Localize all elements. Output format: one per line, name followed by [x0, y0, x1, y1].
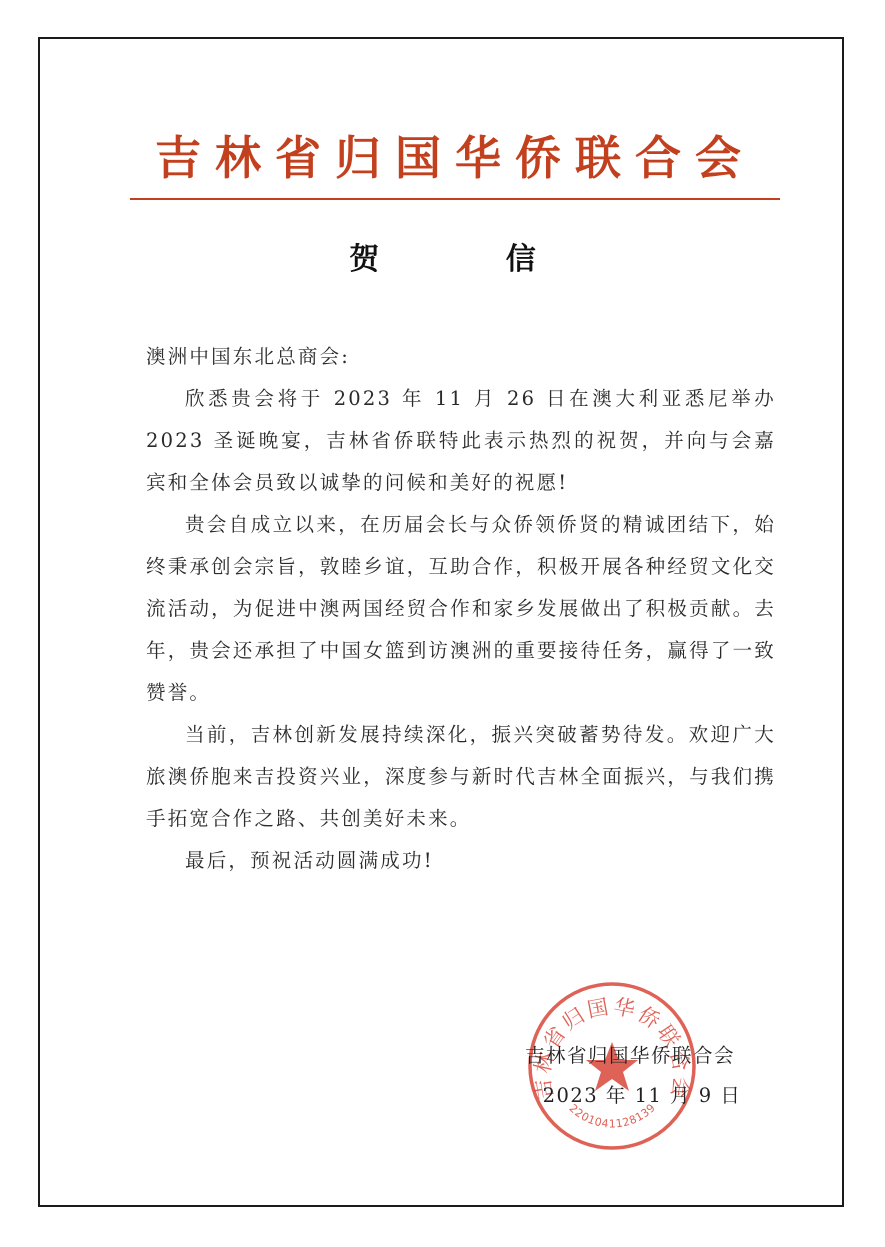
paragraph-2: 贵会自成立以来，在历届会长与众侨领侨贤的精诚团结下，始终秉承创会宗旨，敦睦乡谊，…: [146, 504, 776, 714]
letterhead-rule: [130, 198, 780, 200]
paragraph-3: 当前，吉林创新发展持续深化，振兴突破蓄势待发。欢迎广大旅澳侨胞来吉投资兴业，深度…: [146, 714, 776, 840]
signature-date: 2023 年 11 月 9 日: [480, 1076, 780, 1116]
salutation: 澳洲中国东北总商会:: [146, 336, 776, 378]
paragraph-1: 欣悉贵会将于 2023 年 11 月 26 日在澳大利亚悉尼举办 2023 圣诞…: [146, 378, 776, 504]
signature-org: 吉林省归国华侨联合会: [480, 1036, 780, 1076]
letterhead-org-name: 吉林省归国华侨联合会: [130, 128, 780, 188]
signature-block: 吉林省归国华侨联合会 2023 年 11 月 9 日: [480, 1036, 780, 1116]
paragraph-4: 最后，预祝活动圆满成功!: [146, 840, 776, 882]
document-title: 贺 信: [0, 238, 885, 282]
letter-body: 澳洲中国东北总商会: 欣悉贵会将于 2023 年 11 月 26 日在澳大利亚悉…: [146, 336, 776, 882]
